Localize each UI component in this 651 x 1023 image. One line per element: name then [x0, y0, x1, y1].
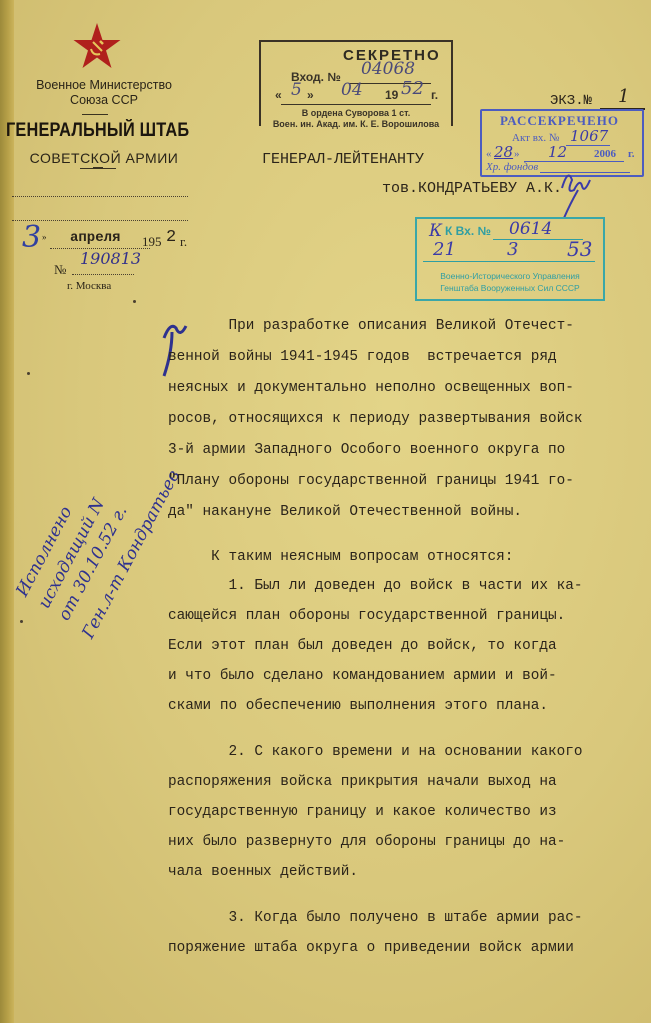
secret-day: 5: [291, 80, 302, 100]
ministry-name: Военное Министерство Союза ССР: [14, 78, 194, 108]
date-month: апреля: [70, 230, 120, 246]
copy-number-label: ЭКЗ.№: [550, 93, 592, 109]
archive-footer-2: Генштаба Вооруженных Сил СССР: [417, 283, 603, 293]
paper-speck: [27, 372, 30, 375]
divider: [82, 114, 108, 115]
declass-year-unit: г.: [628, 148, 635, 160]
body-line: росов, относящихся к периоду развертыван…: [168, 411, 583, 427]
secret-year-unit: г.: [431, 88, 438, 102]
body-line: При разработке описания Великой Отечест-: [168, 318, 574, 334]
body-line: сающейся план обороны государственной гр…: [168, 608, 565, 624]
declass-day: 28: [494, 143, 513, 161]
ministry-line2: Союза ССР: [14, 93, 194, 108]
secret-year-suffix: 52: [401, 78, 424, 99]
fund-label: Хр. фондов: [486, 161, 538, 173]
body-line: "Плану обороны государственной границы 1…: [168, 473, 574, 489]
body-line: 3. Когда было получено в штабе армии рас…: [168, 910, 583, 926]
org-subtitle: СОВЕТСКОЙ АРМИИ: [14, 150, 194, 166]
document-page: Военное Министерство Союза ССР ГЕНЕРАЛЬН…: [0, 0, 651, 1023]
binding-edge: [0, 0, 14, 1023]
divider: [93, 167, 103, 169]
archive-month: 3: [507, 239, 518, 260]
archive-year: 53: [567, 237, 592, 261]
body-line: К таким неясным вопросам относятся:: [168, 549, 513, 565]
date-year-unit: г.: [180, 234, 187, 250]
dotted-rule: [72, 274, 134, 275]
incoming-number: 04068: [361, 59, 415, 79]
body-line: венной войны 1941-1945 годов встречается…: [168, 349, 557, 365]
secret-month: 04: [341, 80, 363, 100]
addressee-name: тов.КОНДРАТЬЕВУ А.К.: [382, 180, 562, 197]
archive-stamp: К К Вх. № 0614 21 3 53 Военно-Историческ…: [415, 217, 605, 301]
date-year-suffix: 2: [166, 228, 176, 247]
quote-mark: »: [42, 232, 47, 242]
paper-speck: [133, 300, 136, 303]
declass-month: 12: [548, 143, 567, 161]
secret-year-prefix: 19: [385, 88, 398, 102]
body-line: поряжение штаба округа о приведении войс…: [168, 940, 574, 956]
archive-day: 21: [433, 239, 456, 260]
body-line: и что было сделано командованием армии и…: [168, 668, 557, 684]
addressee-rank: ГЕНЕРАЛ-ЛЕЙТЕНАНТУ: [262, 151, 424, 168]
body-line: распоряжения войска прикрытия начали вых…: [168, 774, 557, 790]
body-line: сками по обеспечению выполнения этого пл…: [168, 698, 548, 714]
red-star-hammer-sickle-icon: [72, 22, 122, 70]
org-title: ГЕНЕРАЛЬНЫЙ ШТАБ: [6, 120, 169, 142]
secret-footer-2: Воен. ин. Акад. им. К. Е. Ворошилова: [261, 119, 451, 129]
body-line: 3-й армии Западного Особого военного окр…: [168, 442, 565, 458]
archive-ref-label: К Вх. №: [445, 224, 491, 238]
dotted-rule: [12, 196, 188, 197]
copy-number-value: 1: [618, 86, 629, 107]
body-line: неясных и документально неполно освещенн…: [168, 380, 574, 396]
declass-year: 2006: [594, 148, 616, 160]
body-line: 1. Был ли доведен до войск в части их ка…: [168, 578, 583, 594]
secret-footer-1: В ордена Суворова 1 ст.: [261, 108, 451, 118]
body-line: государственную границу и какое количест…: [168, 804, 557, 820]
body-line: Если этот план был доведен до войск, то …: [168, 638, 557, 654]
body-line: да" накануне Великой Отечественной войны…: [168, 504, 522, 520]
number-label: №: [54, 262, 66, 278]
secret-stamp: СЕКРЕТНО Вход. № 04068 « 5 » 04 19 52 г.…: [259, 40, 453, 126]
date-year-prefix: 195: [142, 234, 162, 250]
date-day: 3: [22, 220, 41, 255]
city: г. Москва: [67, 280, 111, 292]
archive-ref-number: 0614: [509, 219, 552, 239]
archive-footer-1: Военно-Исторического Управления: [417, 271, 603, 281]
act-number: 1067: [570, 127, 608, 145]
paper-speck: [20, 620, 23, 623]
body-line: них было развернуто для обороны границы …: [168, 834, 565, 850]
body-line: чала военных действий.: [168, 864, 358, 880]
ministry-line1: Военное Министерство: [14, 78, 194, 93]
outgoing-number: 190813: [80, 249, 141, 268]
body-line: 2. С какого времени и на основании каког…: [168, 744, 583, 760]
